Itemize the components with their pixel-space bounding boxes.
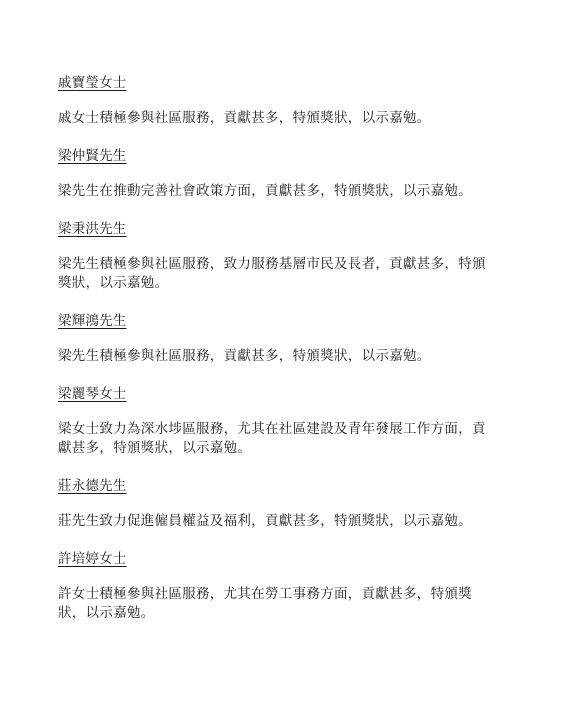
awardee-citation: 莊先生致力促進僱員權益及福利，貢獻甚多，特頒獎狀，以示嘉勉。 <box>58 512 498 531</box>
awardee-citation: 戚女士積極參與社區服務，貢獻甚多，特頒獎狀，以示嘉勉。 <box>58 109 498 128</box>
awardee-name: 梁麗琴女士 <box>58 385 127 403</box>
awardee-entry: 莊永德先生 莊先生致力促進僱員權益及福利，貢獻甚多，特頒獎狀，以示嘉勉。 <box>58 475 498 531</box>
awardee-entry: 戚寶瑩女士 戚女士積極參與社區服務，貢獻甚多，特頒獎狀，以示嘉勉。 <box>58 72 498 128</box>
awardee-entry: 梁麗琴女士 梁女士致力為深水埗區服務，尤其在社區建設及青年發展工作方面，貢獻甚多… <box>58 383 498 458</box>
awardee-citation: 梁先生積極參與社區服務，貢獻甚多，特頒獎狀，以示嘉勉。 <box>58 347 498 366</box>
awardee-citation: 許女士積極參與社區服務，尤其在勞工事務方面，貢獻甚多，特頒獎狀，以示嘉勉。 <box>58 585 498 623</box>
awardee-name: 許培婷女士 <box>58 550 127 568</box>
awardee-entry: 許培婷女士 許女士積極參與社區服務，尤其在勞工事務方面，貢獻甚多，特頒獎狀，以示… <box>58 548 498 623</box>
awardee-name: 莊永德先生 <box>58 477 127 495</box>
awardee-name: 梁仲賢先生 <box>58 147 127 165</box>
awardee-name: 戚寶瑩女士 <box>58 74 127 92</box>
awardee-name: 梁輝鴻先生 <box>58 312 127 330</box>
awardee-citation: 梁先生在推動完善社會政策方面，貢獻甚多，特頒獎狀，以示嘉勉。 <box>58 182 498 201</box>
awardee-name: 梁秉洪先生 <box>58 220 127 238</box>
awardee-citation: 梁先生積極參與社區服務，致力服務基層市民及長者，貢獻甚多，特頒獎狀，以示嘉勉。 <box>58 255 498 293</box>
awardee-citation: 梁女士致力為深水埗區服務，尤其在社區建設及青年發展工作方面，貢獻甚多，特頒獎狀，… <box>58 420 498 458</box>
awardee-entry: 梁秉洪先生 梁先生積極參與社區服務，致力服務基層市民及長者，貢獻甚多，特頒獎狀，… <box>58 218 498 293</box>
awardee-entry: 梁仲賢先生 梁先生在推動完善社會政策方面，貢獻甚多，特頒獎狀，以示嘉勉。 <box>58 145 498 201</box>
document-page: 戚寶瑩女士 戚女士積極參與社區服務，貢獻甚多，特頒獎狀，以示嘉勉。 梁仲賢先生 … <box>58 72 498 640</box>
awardee-entry: 梁輝鴻先生 梁先生積極參與社區服務，貢獻甚多，特頒獎狀，以示嘉勉。 <box>58 310 498 366</box>
